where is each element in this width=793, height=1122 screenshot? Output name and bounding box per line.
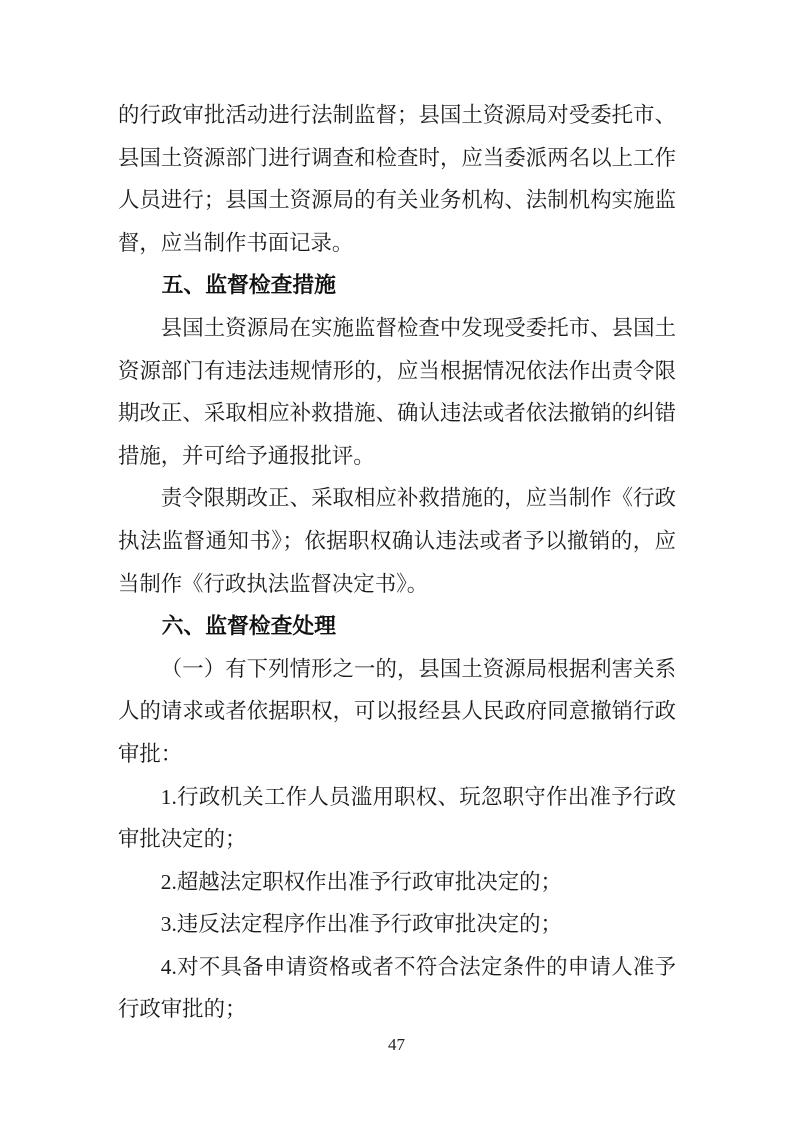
paragraph: （一）有下列情形之一的，县国土资源局根据利害关系人的请求或者依据职权，可以报经县… [118, 648, 676, 776]
list-item-4: 4.对不具备申请资格或者不符合法定条件的申请人准予行政审批的； [118, 946, 676, 1031]
paragraph: 责令限期改正、采取相应补救措施的，应当制作《行政执法监督通知书》；依据职权确认违… [118, 477, 676, 605]
page-number: 47 [0, 1035, 793, 1055]
paragraph-continuation: 的行政审批活动进行法制监督；县国土资源局对受委托市、县国土资源部门进行调查和检查… [118, 94, 676, 264]
document-body: 的行政审批活动进行法制监督；县国土资源局对受委托市、县国土资源部门进行调查和检查… [118, 94, 676, 1031]
paragraph: 县国土资源局在实施监督检查中发现受委托市、县国土资源部门有违法违规情形的，应当根… [118, 307, 676, 477]
section-heading-6: 六、监督检查处理 [118, 605, 676, 648]
document-page: 的行政审批活动进行法制监督；县国土资源局对受委托市、县国土资源部门进行调查和检查… [0, 0, 793, 1122]
section-heading-5: 五、监督检查措施 [118, 264, 676, 307]
list-item-1: 1.行政机关工作人员滥用职权、玩忽职守作出准予行政审批决定的； [118, 776, 676, 861]
list-item-2: 2.超越法定职权作出准予行政审批决定的； [118, 861, 676, 904]
list-item-3: 3.违反法定程序作出准予行政审批决定的； [118, 903, 676, 946]
